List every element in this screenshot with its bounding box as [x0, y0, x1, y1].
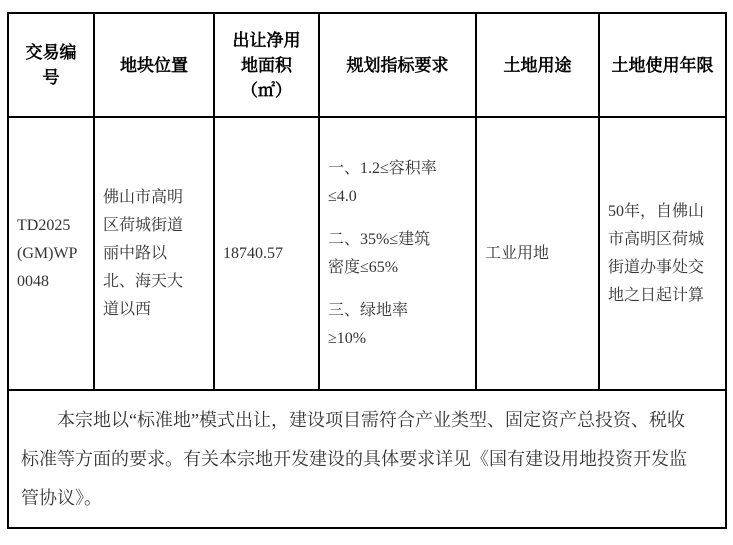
net-area-value: 18740.57 [223, 240, 314, 268]
cell-net-area: 18740.57 [214, 117, 319, 390]
column-header-land-use: 土地用途 [476, 13, 599, 117]
column-header-tenure: 土地使用年限 [599, 13, 726, 117]
land-parcel-table: 交易编号 地块位置 出让净用地面积（㎡） 规划指标要求 土地用途 土地使用年限 [7, 12, 727, 529]
cell-land-use: 工业用地 [476, 117, 599, 390]
note-row: 本宗地以“标准地”模式出让，建设项目需符合产业类型、固定资产总投资、税收标准等方… [8, 390, 726, 528]
location-value: 佛山市高明区荷城街道丽中路以北、海天大道以西 [103, 184, 189, 324]
planning-requirement-1: 一、1.2≤容积率≤4.0 [328, 155, 438, 211]
header-row: 交易编号 地块位置 出让净用地面积（㎡） 规划指标要求 土地用途 土地使用年限 [8, 13, 726, 117]
cell-transaction-id: TD2025(GM)WP0048 [8, 117, 94, 390]
column-header-transaction-id: 交易编号 [8, 13, 94, 117]
column-header-planning-label: 规划指标要求 [322, 53, 473, 78]
column-header-transaction-id-label: 交易编号 [24, 40, 78, 90]
column-header-net-area: 出让净用地面积（㎡） [214, 13, 319, 117]
cell-note: 本宗地以“标准地”模式出让，建设项目需符合产业类型、固定资产总投资、税收标准等方… [8, 390, 726, 528]
tenure-value: 50年，自佛山市高明区荷城街道办事处交地之日起计算 [608, 198, 705, 310]
column-header-net-area-label: 出让净用地面积（㎡） [231, 28, 303, 103]
cell-planning-requirements: 一、1.2≤容积率≤4.0 二、35%≤建筑密度≤65% 三、绿地率≥10% [319, 117, 476, 390]
planning-requirements-list: 一、1.2≤容积率≤4.0 二、35%≤建筑密度≤65% 三、绿地率≥10% [328, 155, 438, 353]
document-page: 交易编号 地块位置 出让净用地面积（㎡） 规划指标要求 土地用途 土地使用年限 [0, 0, 733, 545]
table-row: TD2025(GM)WP0048 佛山市高明区荷城街道丽中路以北、海天大道以西 … [8, 117, 726, 390]
column-header-planning: 规划指标要求 [319, 13, 476, 117]
cell-location: 佛山市高明区荷城街道丽中路以北、海天大道以西 [94, 117, 214, 390]
cell-tenure: 50年，自佛山市高明区荷城街道办事处交地之日起计算 [599, 117, 726, 390]
column-header-land-use-label: 土地用途 [479, 53, 596, 78]
planning-requirement-2: 二、35%≤建筑密度≤65% [328, 226, 438, 282]
note-text: 本宗地以“标准地”模式出让，建设项目需符合产业类型、固定资产总投资、税收标准等方… [21, 401, 693, 518]
column-header-location-label: 地块位置 [97, 53, 211, 78]
transaction-id-value: TD2025(GM)WP0048 [17, 212, 83, 296]
column-header-location: 地块位置 [94, 13, 214, 117]
planning-requirement-3: 三、绿地率≥10% [328, 297, 438, 353]
column-header-tenure-label: 土地使用年限 [602, 53, 723, 78]
land-use-value: 工业用地 [485, 240, 594, 268]
